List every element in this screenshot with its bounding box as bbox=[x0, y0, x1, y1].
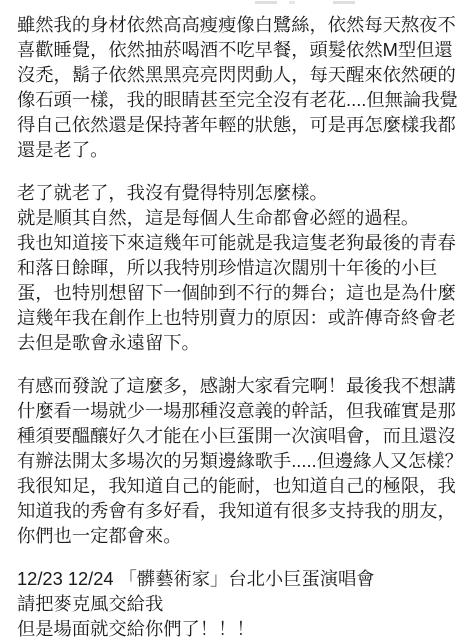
post-text: 雖然我的身材依然高高瘦瘦像白鷺絲，依然每天熬夜不 喜歡睡覺，依然抽菸喝酒不吃早餐… bbox=[0, 0, 474, 640]
paragraph-accepting-age: 老了就老了，我沒有覺得特別怎麼樣。 就是順其自然，這是每個人生命都會必經的過程。… bbox=[17, 180, 461, 355]
paragraph-staying-young: 雖然我的身材依然高高瘦瘦像白鷺絲，依然每天熬夜不 喜歡睡覺，依然抽菸喝酒不吃早餐… bbox=[17, 12, 461, 162]
cropped-text-remnant bbox=[255, 1, 365, 4]
paragraph-concert-announcement: 12/23 12/24 「髒藝術家」台北小巨蛋演唱會 請把麥克風交給我 但是場面… bbox=[17, 566, 461, 640]
paragraph-thanks-and-reflection: 有感而發說了這麼多，感謝大家看完啊！最後我不想講 什麼看一場就少一場那種沒意義的… bbox=[17, 373, 461, 548]
